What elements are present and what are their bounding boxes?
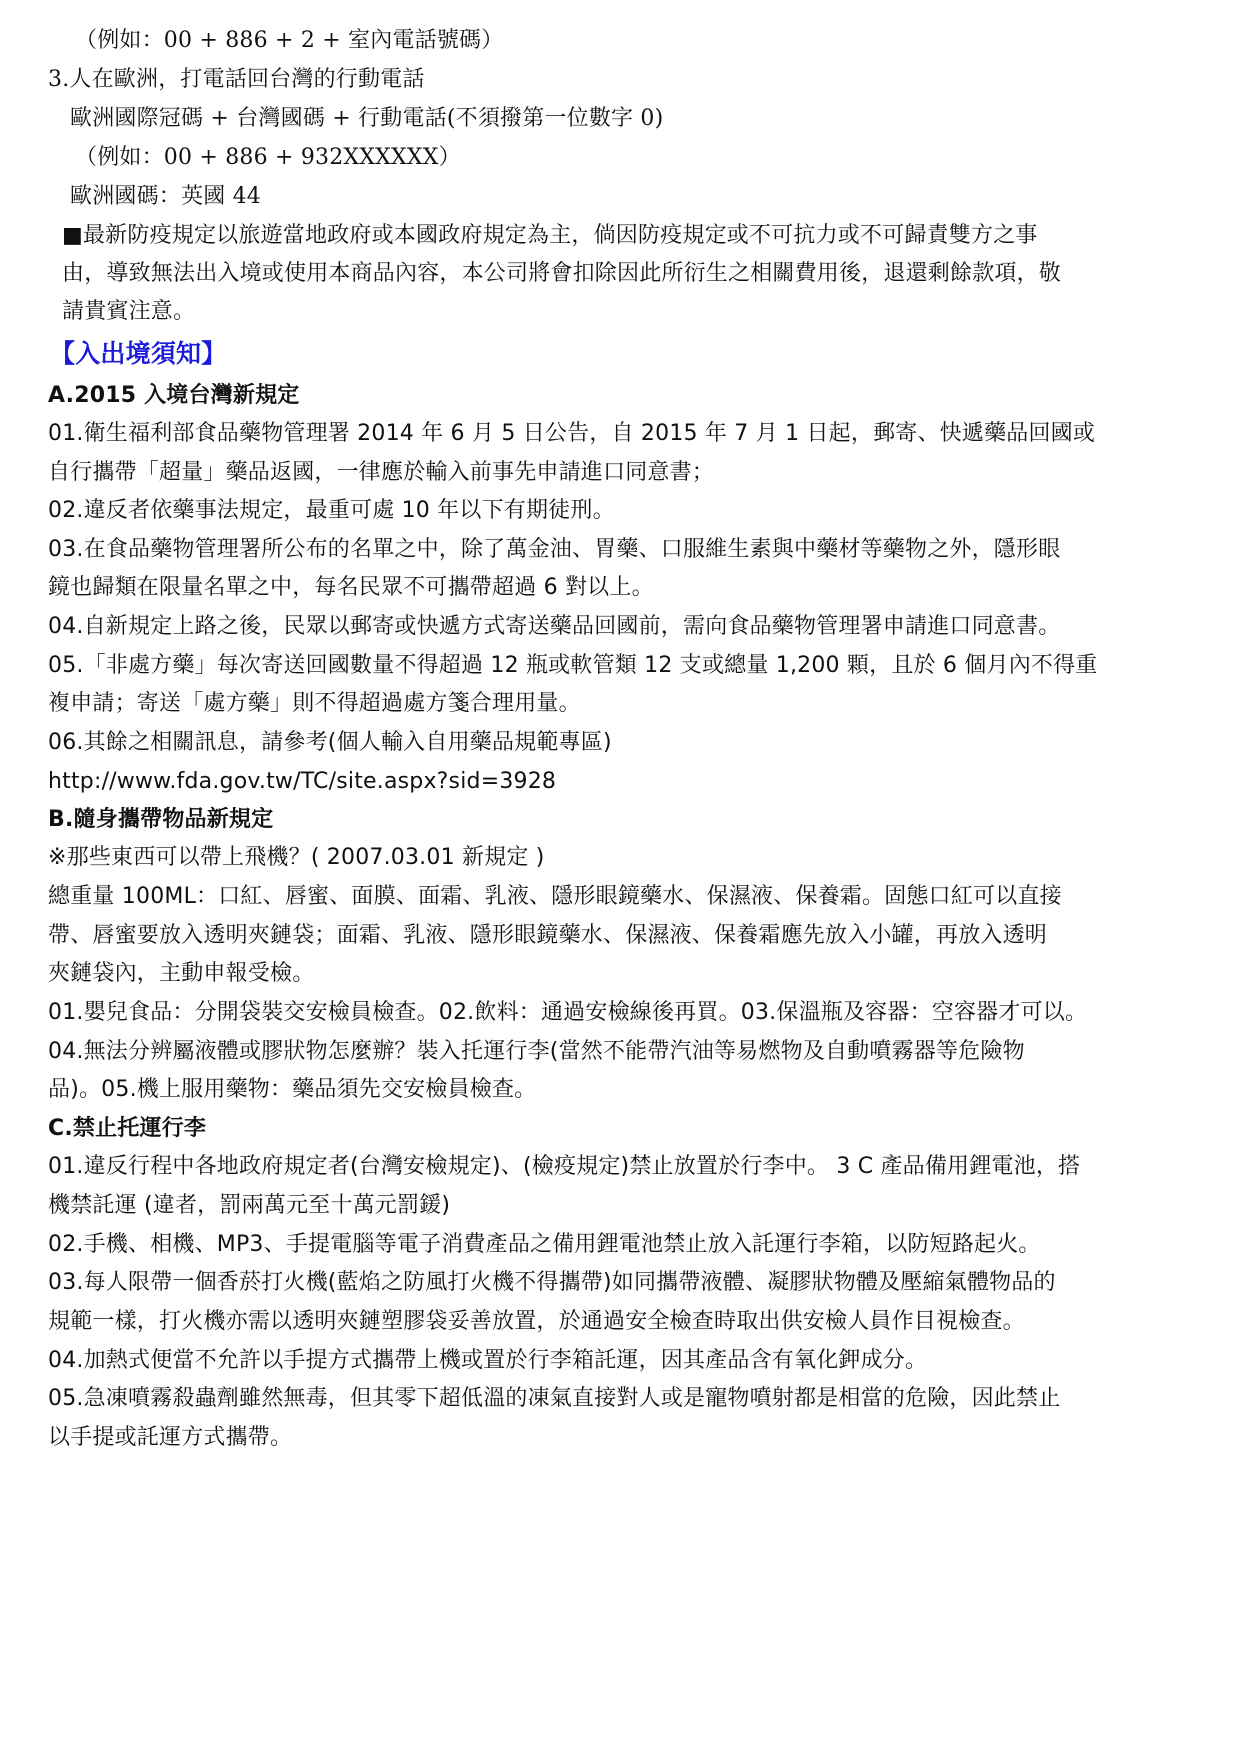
section-a-line: 鏡也歸類在限量名單之中，每名民眾不可攜帶超過 6 對以上。 [48, 573, 654, 603]
section-b-line: 總重量 100ML：口紅、唇蜜、面膜、面霜、乳液、隱形眼鏡藥水、保濕液、保養霜。… [48, 882, 1062, 912]
section-a-line: 自行攜帶「超量」藥品返國，一律應於輸入前事先申請進口同意書； [48, 458, 714, 488]
example-landline: （例如：00 + 886 + 2 + 室內電話號碼） [75, 26, 503, 56]
section-c-line: 03.每人限帶一個香菸打火機(藍焰之防風打火機不得攜帶)如同攜帶液體、凝膠狀物體… [48, 1268, 1056, 1298]
item3-title: 3.人在歐洲，打電話回台灣的行動電話 [48, 65, 425, 95]
section-a-line: 複申請；寄送「處方藥」則不得超過處方箋合理用量。 [48, 689, 581, 719]
item3-formula: 歐洲國際冠碼 + 台灣國碼 + 行動電話(不須撥第一位數字 0) [70, 104, 663, 134]
section-c-line: 機禁託運 (違者，罰兩萬元至十萬元罰鍰) [48, 1191, 450, 1221]
section-b-title: B.隨身攜帶物品新規定 [48, 805, 273, 835]
section-c-line: 以手提或託運方式攜帶。 [48, 1423, 292, 1453]
section-c-title: C.禁止托運行李 [48, 1114, 206, 1144]
fda-link: http://www.fda.gov.tw/TC/site.aspx?sid=3… [48, 767, 556, 797]
section-a-line: 01.衛生福利部食品藥物管理署 2014 年 6 月 5 日公告，自 2015 … [48, 419, 1095, 449]
section-c-line: 02.手機、相機、MP3、手提電腦等電子消費產品之備用鋰電池禁止放入託運行李箱，… [48, 1230, 1041, 1260]
main-heading: 【入出境須知】 [50, 339, 226, 369]
notice-line-2: 由，導致無法出入境或使用本商品內容，本公司將會扣除因此所衍生之相關費用後，退還剩… [62, 259, 1061, 289]
section-b-line: 04.無法分辨屬液體或膠狀物怎麼辦？裝入托運行李(當然不能帶汽油等易燃物及自動噴… [48, 1037, 1025, 1067]
section-b-line: 帶、唇蜜要放入透明夾鏈袋；面霜、乳液、隱形眼鏡藥水、保濕液、保養霜應先放入小罐，… [48, 921, 1047, 951]
europe-country-code: 歐洲國碼：英國 44 [70, 182, 261, 212]
section-a-line: 03.在食品藥物管理署所公布的名單之中，除了萬金油、胃藥、口服維生素與中藥材等藥… [48, 535, 1060, 565]
section-c-line: 04.加熱式便當不允許以手提方式攜帶上機或置於行李箱託運，因其產品含有氧化鉀成分… [48, 1346, 927, 1376]
section-a-line: 05.「非處方藥」每次寄送回國數量不得超過 12 瓶或軟管類 12 支或總量 1… [48, 651, 1098, 681]
document-page: （例如：00 + 886 + 2 + 室內電話號碼） 3.人在歐洲，打電話回台灣… [0, 0, 1240, 1755]
section-b-line: 01.嬰兒食品：分開袋裝交安檢員檢查。02.飲料：通過安檢線後再買。03.保溫瓶… [48, 998, 1087, 1028]
section-c-line: 01.違反行程中各地政府規定者(台灣安檢規定)、(檢疫規定)禁止放置於行李中。 … [48, 1152, 1080, 1182]
section-b-line: ※那些東西可以帶上飛機？( 2007.03.01 新規定 ) [48, 843, 545, 873]
section-c-line: 規範一樣，打火機亦需以透明夾鏈塑膠袋妥善放置，於通過安全檢查時取出供安檢人員作目… [48, 1307, 1025, 1337]
section-c-line: 05.急凍噴霧殺蟲劑雖然無毒，但其零下超低溫的凍氣直接對人或是寵物噴射都是相當的… [48, 1384, 1060, 1414]
section-b-line: 品)。05.機上服用藥物：藥品須先交安檢員檢查。 [48, 1075, 536, 1105]
section-b-line: 夾鏈袋內，主動申報受檢。 [48, 959, 314, 989]
item3-example: （例如：00 + 886 + 932XXXXXX） [75, 143, 461, 173]
section-a-title: A.2015 入境台灣新規定 [48, 381, 299, 411]
notice-line-1: ■最新防疫規定以旅遊當地政府或本國政府規定為主，倘因防疫規定或不可抗力或不可歸責… [62, 221, 1038, 251]
section-a-line: 06.其餘之相關訊息，請參考(個人輸入自用藥品規範專區) [48, 728, 612, 758]
section-a-line: 02.違反者依藥事法規定，最重可處 10 年以下有期徒刑。 [48, 496, 615, 526]
section-a-line: 04.自新規定上路之後，民眾以郵寄或快遞方式寄送藥品回國前，需向食品藥物管理署申… [48, 612, 1060, 642]
notice-line-3: 請貴賓注意。 [62, 297, 195, 327]
